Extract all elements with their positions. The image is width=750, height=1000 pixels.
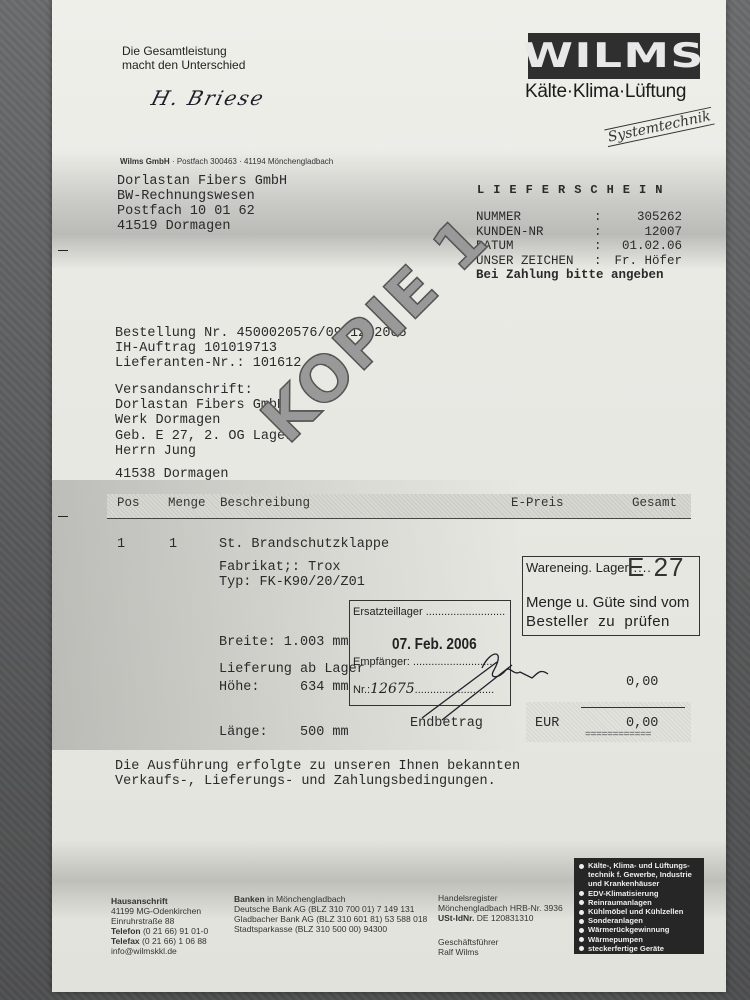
item-total: 0,00 <box>626 675 658 690</box>
item-height: Höhe: 634 mm <box>219 680 349 695</box>
footer-line: Deutsche Bank AG (BLZ 310 700 01) 7 149 … <box>234 904 427 914</box>
address-line: Postfach 10 01 62 <box>117 204 287 219</box>
item-pos: 1 <box>117 537 125 552</box>
footer-phone: Telefon (0 21 66) 91 01-0 <box>111 926 208 936</box>
column-header-pos: Pos <box>117 496 140 510</box>
total-value: 0,00 <box>626 716 658 731</box>
meta-value: 01.02.06 <box>614 239 682 254</box>
footer-line: Stadtsparkasse (BLZ 310 500 00) 94300 <box>234 924 427 934</box>
footer-line: Mönchengladbach HRB-Nr. 3936 <box>438 903 563 913</box>
address-line: Dorlastan Fibers GmbH <box>117 174 287 189</box>
item-manufacturer: Fabrikat;: Trox <box>219 560 365 575</box>
footer-fax: Telefax (0 21 66) 1 06 88 <box>111 936 208 946</box>
total-label: Endbetrag <box>410 716 483 731</box>
terms-line: Die Ausführung erfolgte zu unseren Ihnen… <box>115 759 520 774</box>
stamp-instruction-line: Menge u. Güte sind vom <box>526 593 689 612</box>
meta-value: 12007 <box>614 225 682 240</box>
footer-line: Ralf Wilms <box>438 947 563 957</box>
column-header-total: Gesamt <box>632 496 677 510</box>
meta-row-date: DATUM:01.02.06 <box>476 239 682 254</box>
footer-email: info@wilmskkl.de <box>111 946 208 956</box>
company-tagline: Kälte·Klima·Lüftung <box>525 81 686 103</box>
service-item: Sonderanlagen <box>578 916 700 925</box>
meta-colon: : <box>594 254 614 269</box>
shipping-city: 41538 Dormagen <box>115 467 228 482</box>
fold-mark <box>58 250 68 251</box>
company-slogan: Die Gesamtleistung macht den Unterschied <box>122 44 245 72</box>
item-dimensions: Breite: 1.003 mm Höhe: 634 mm Länge: 500… <box>219 605 349 770</box>
item-description: St. Brandschutzklappe <box>219 537 389 552</box>
column-header-description: Beschreibung <box>220 496 310 510</box>
footer-line: Einruhrstraße 88 <box>111 916 208 926</box>
services-box: Kälte-, Klima- und Lüftungs- technik f. … <box>574 858 704 954</box>
meta-colon: : <box>594 225 614 240</box>
meta-colon: : <box>594 239 614 254</box>
footer-vat: USt-IdNr. DE 120831310 <box>438 913 563 923</box>
service-item: steckerfertige Geräte <box>578 944 700 953</box>
meta-value: 305262 <box>614 210 682 225</box>
item-length: Länge: 500 mm <box>219 725 349 740</box>
total-currency: EUR <box>535 716 559 731</box>
footer-banks: Banken in Mönchengladbach Deutsche Bank … <box>234 894 427 934</box>
column-header-unit-price: E-Preis <box>511 496 564 510</box>
footer-heading: Geschäftsführer <box>438 937 563 947</box>
address-line: BW-Rechnungswesen <box>117 189 287 204</box>
footer-heading: Banken in Mönchengladbach <box>234 894 427 904</box>
service-item: EDV-Klimatisierung <box>578 889 700 898</box>
terms-text: Die Ausführung erfolgte zu unseren Ihnen… <box>115 759 520 789</box>
wilms-logo: WILMS <box>528 33 700 79</box>
item-type: Typ: FK-K90/20/Z01 <box>219 575 365 590</box>
document-meta: NUMMER:305262 KUNDEN-NR:12007 DATUM:01.0… <box>476 210 682 283</box>
payment-note: Bei Zahlung bitte angeben <box>476 268 682 283</box>
meta-row-number: NUMMER:305262 <box>476 210 682 225</box>
footer-line: Gladbacher Bank AG (BLZ 310 601 81) 53 5… <box>234 914 427 924</box>
terms-line: Verkaufs-, Lieferungs- und Zahlungsbedin… <box>115 774 520 789</box>
item-details: Fabrikat;: Trox Typ: FK-K90/20/Z01 <box>219 560 365 590</box>
meta-value: Fr. Höfer <box>614 254 682 269</box>
sender-return-address: Wilms GmbH · Postfach 300463 · 41194 Mön… <box>120 157 333 166</box>
sender-address: · Postfach 300463 · 41194 Mönchengladbac… <box>170 157 334 166</box>
service-item: Reinraumanlagen <box>578 898 700 907</box>
shipping-line: Herrn Jung <box>115 444 293 459</box>
service-item: Kühlmöbel und Kühlzellen <box>578 907 700 916</box>
stamp-handwritten-location: E 27 <box>627 552 685 583</box>
meta-key: NUMMER <box>476 210 594 225</box>
stamp-warehouse-label: Ersatzteillager ........................… <box>353 606 505 618</box>
stamp-instruction: Menge u. Güte sind vom Besteller zu prüf… <box>526 593 689 631</box>
subbrand-label: Systemtechnik <box>604 107 714 147</box>
footer-heading: Handelsregister <box>438 893 563 903</box>
service-item: Kälte-, Klima- und Lüftungs- <box>578 861 700 870</box>
footer-line: 41199 MG-Odenkirchen <box>111 906 208 916</box>
delivery-note-document: Die Gesamtleistung macht den Unterschied… <box>52 0 726 992</box>
document-title: LIEFERSCHEIN <box>477 183 671 197</box>
slogan-line: Die Gesamtleistung <box>122 44 245 58</box>
goods-receipt-stamp: Wareneing. Lager..... E 27 Menge u. Güte… <box>522 556 700 636</box>
footer-heading: Hausanschrift <box>111 896 168 906</box>
shipping-line: Geb. E 27, 2. OG Lager <box>115 429 293 444</box>
slogan-line: macht den Unterschied <box>122 58 245 72</box>
service-item: und Krankenhäuser <box>578 879 700 888</box>
address-line: 41519 Dormagen <box>117 219 287 234</box>
total-double-underline: ============ <box>585 730 651 741</box>
meta-key: KUNDEN-NR <box>476 225 594 240</box>
recipient-address: Dorlastan Fibers GmbH BW-Rechnungswesen … <box>117 174 287 234</box>
sender-company: Wilms GmbH <box>120 157 170 166</box>
column-header-quantity: Menge <box>168 496 206 510</box>
total-rule <box>581 707 685 708</box>
logo-text: WILMS <box>523 36 705 76</box>
footer-register: Handelsregister Mönchengladbach HRB-Nr. … <box>438 893 563 957</box>
meta-row-reference: UNSER ZEICHEN:Fr. Höfer <box>476 254 682 269</box>
meta-row-customer-number: KUNDEN-NR:12007 <box>476 225 682 240</box>
item-quantity: 1 <box>169 537 177 552</box>
item-width: Breite: 1.003 mm <box>219 635 349 650</box>
fold-mark <box>58 516 68 517</box>
service-item: Wärmerückgewinnung <box>578 925 700 934</box>
item-delivery: Lieferung ab Lager <box>219 662 365 677</box>
service-item: technik f. Gewerbe, Industrie <box>578 870 700 879</box>
stamp-instruction-line: Besteller zu prüfen <box>526 612 689 631</box>
service-item: Wärmepumpen <box>578 935 700 944</box>
table-header: Pos Menge Beschreibung E-Preis Gesamt <box>107 494 691 519</box>
meta-colon: : <box>594 210 614 225</box>
handwritten-note: H. Briese <box>149 86 268 110</box>
footer-address: Hausanschrift 41199 MG-Odenkirchen Einru… <box>111 896 208 956</box>
